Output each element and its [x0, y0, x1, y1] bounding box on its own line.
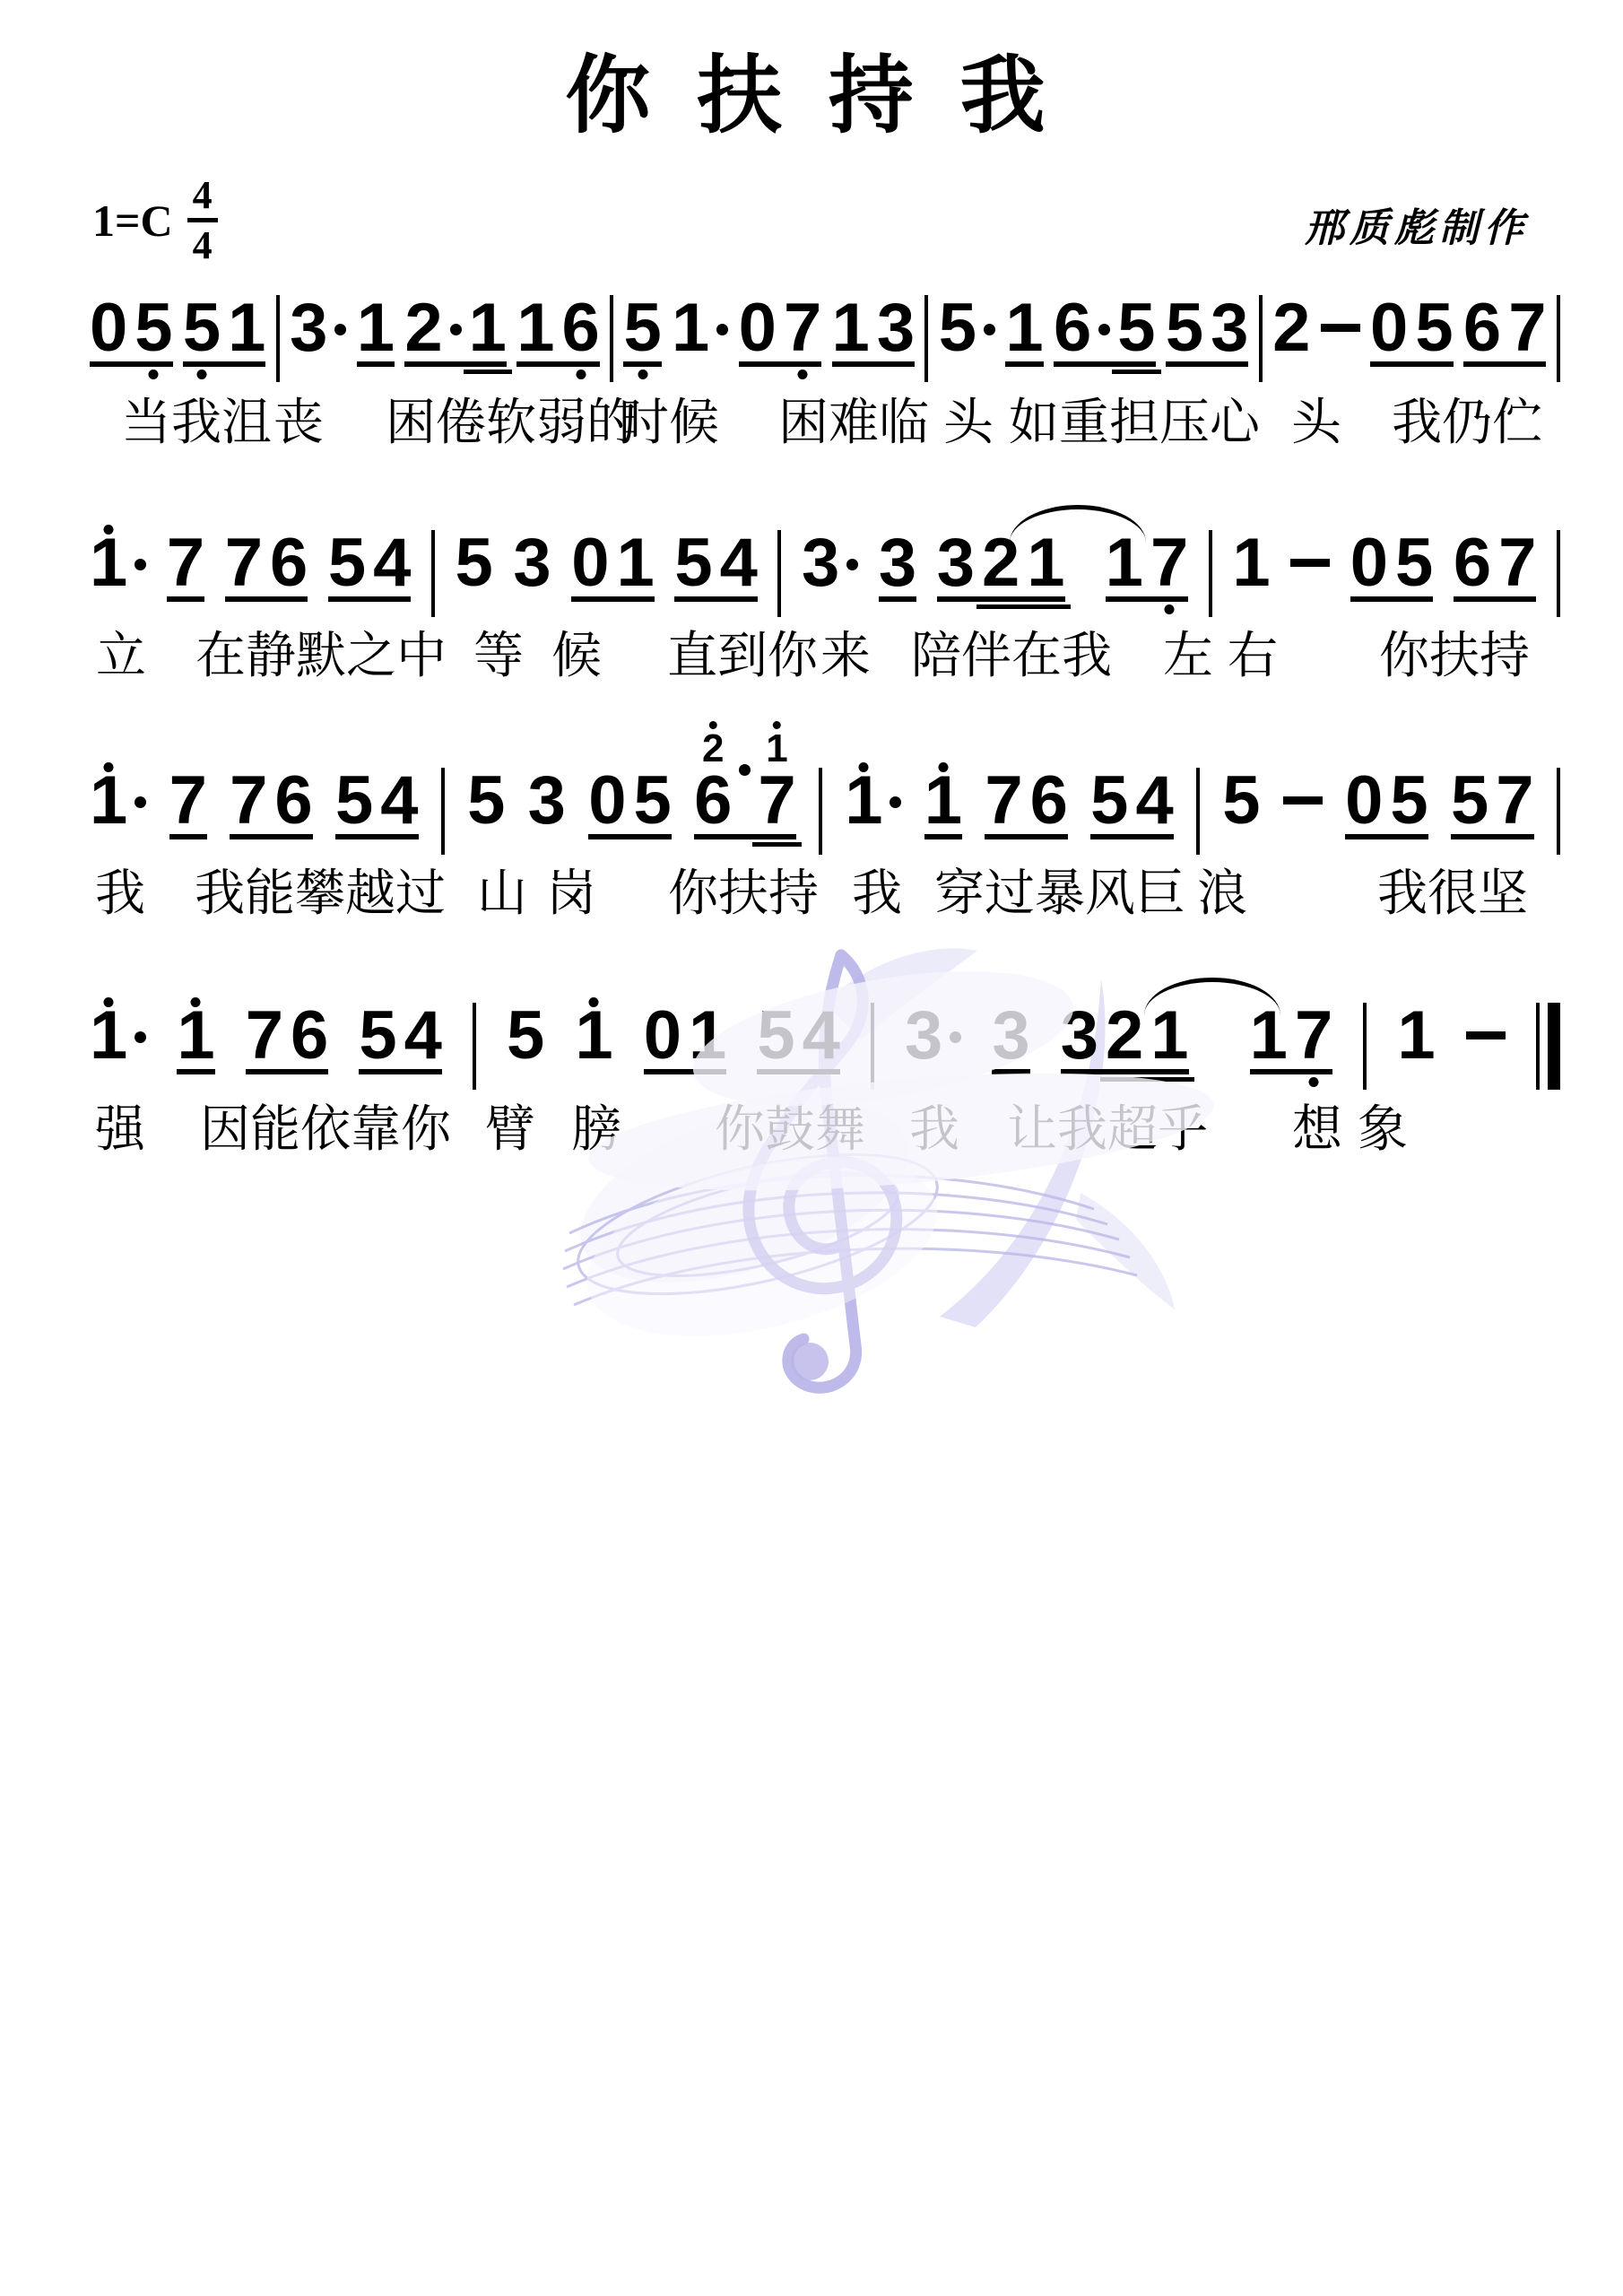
time-signature-numerator: 4 [187, 176, 218, 218]
note-group: 5 [1222, 773, 1260, 829]
note-digit: 0 [739, 300, 777, 356]
note: 4 [373, 535, 411, 591]
lyric-segment: 等 [473, 628, 524, 683]
note-digit: 1 [177, 1008, 214, 1064]
note-group: 05 [90, 300, 173, 367]
note-digit: 5 [359, 1008, 396, 1064]
note-group: 7 [169, 773, 207, 839]
key-signature: 1=C 4 4 [92, 176, 218, 265]
note-digit: 7 [167, 535, 204, 591]
sixteenth-underline [1112, 370, 1160, 374]
note-group: 1 [672, 300, 728, 356]
note: 4 [380, 773, 418, 829]
note: 1 [672, 300, 709, 356]
note: 5 [1451, 773, 1488, 829]
note: 3 [528, 773, 566, 829]
barline [819, 768, 822, 855]
note: 5 [623, 300, 661, 356]
note-group: 1 [575, 1008, 612, 1064]
rhythm-dot [739, 764, 751, 776]
note-digit: 7 [1498, 535, 1536, 591]
note-group: 13 [832, 300, 916, 367]
note-group: 54 [757, 1008, 840, 1074]
sixteenth-underline [1021, 604, 1070, 609]
note-digit: 6 [270, 535, 308, 591]
note: 3 [879, 535, 916, 591]
half-note-dash [1466, 1031, 1506, 1039]
note-digit: 0 [1345, 773, 1383, 829]
note: 1 [516, 300, 554, 356]
lyrics-line-2: 立在静默之中等候直到你来陪伴在我左右你扶持 [0, 628, 1623, 683]
note: 71 [758, 773, 795, 829]
note: 5 [939, 300, 976, 356]
time-signature: 4 4 [187, 176, 218, 265]
note: 0 [1350, 535, 1388, 591]
note-group: 07 [739, 300, 822, 367]
note: 1 [177, 1008, 214, 1064]
barline [871, 1003, 874, 1090]
note-digit: 0 [571, 535, 609, 591]
note-group: 05 [1345, 773, 1428, 839]
note-group: 5 [623, 300, 661, 367]
note-group: 54 [335, 773, 419, 839]
note-digit: 2 [1272, 300, 1310, 356]
rhythm-dot [716, 324, 728, 335]
lyric-segment: 岗 [546, 865, 596, 921]
note-group: 21 [404, 300, 507, 367]
note-digit: 1 [1232, 535, 1270, 591]
lyric-segment: 左 [1163, 628, 1213, 683]
barline [441, 768, 445, 855]
note-group: 5 [507, 1008, 544, 1064]
barline [924, 295, 928, 382]
note: 3 [1061, 1008, 1098, 1064]
note-digit: 4 [720, 535, 758, 591]
note: 6 [1030, 773, 1068, 829]
note-digit: 3 [802, 535, 839, 591]
note-group: 65 [1054, 300, 1156, 367]
barline [1363, 1003, 1367, 1090]
note: 1 [357, 300, 395, 356]
note: 1 [90, 1008, 127, 1064]
note: 7 [1508, 300, 1546, 356]
note-digit: 7 [1150, 535, 1188, 591]
note-digit: 4 [373, 535, 411, 591]
note-digit: 5 [939, 300, 976, 356]
note-group: 76 [985, 773, 1068, 839]
note: 0 [1370, 300, 1408, 356]
lyric-segment: 丧 [273, 395, 324, 450]
note-digit: 6 [1454, 535, 1491, 591]
note-group: 5 [467, 773, 505, 829]
note: 1 [90, 773, 127, 829]
note-digit: 5 [183, 300, 221, 356]
note: 5 [1166, 300, 1203, 356]
sixteenth-underline [976, 604, 1025, 609]
note: 5 [1395, 535, 1433, 591]
final-barline-thin [1536, 1003, 1540, 1090]
note-group: 05 [588, 773, 672, 839]
note: 6 [1463, 300, 1501, 356]
octave-dot-low [1165, 604, 1175, 614]
note: 5 [1222, 773, 1260, 829]
note-group: 3 [879, 535, 916, 602]
note-group: 5 [456, 535, 493, 591]
note: 3 [992, 1008, 1029, 1064]
note-digit: 5 [335, 773, 373, 829]
note: 0 [588, 773, 626, 829]
sixteenth-underline [1145, 1077, 1193, 1082]
lyrics-line-3: 我我能攀越过山岗你扶持我穿过暴风巨浪我很坚 [0, 865, 1623, 921]
note: 1 [1106, 535, 1143, 591]
note: 62 [694, 773, 732, 829]
lyric-segment: 想 [1292, 1101, 1342, 1157]
note-group: 53 [1166, 300, 1249, 367]
note-group: 3 [905, 1008, 961, 1064]
note-digit: 4 [803, 1008, 840, 1064]
note-digit: 3 [528, 773, 566, 829]
note-digit: 1 [924, 773, 962, 829]
note: 0 [644, 1008, 681, 1064]
note: 5 [359, 1008, 396, 1064]
note: 7 [1150, 535, 1188, 591]
note-digit: 6 [291, 1008, 328, 1064]
note-digit: 1 [1250, 1008, 1288, 1064]
note: 5 [456, 535, 493, 591]
note-digit: 0 [644, 1008, 681, 1064]
lyric-segment: 你扶持 [668, 865, 819, 921]
octave-dot-high [104, 762, 114, 772]
lyric-segment: 臂 [485, 1101, 535, 1157]
arranger-credit: 邢质彪制作 [1305, 196, 1529, 253]
rhythm-dot [135, 1031, 146, 1043]
note: 3 [513, 535, 551, 591]
rhythm-dot [950, 1031, 961, 1043]
octave-dot-low [638, 370, 647, 379]
lyric-segment: 我 [852, 865, 902, 921]
lyric-segment: 我 [95, 865, 145, 921]
note: 6 [274, 773, 312, 829]
note-group: 01 [571, 535, 655, 602]
barline [1557, 530, 1560, 617]
note-group: 54 [328, 535, 412, 602]
note-group: 17 [1250, 1008, 1333, 1074]
note-digit: 3 [513, 535, 551, 591]
note-group: 1 [90, 535, 146, 591]
note: 7 [246, 1008, 283, 1064]
note-digit: 5 [135, 300, 172, 356]
harmony-digit: 1 [766, 732, 787, 766]
note: 5 [135, 300, 172, 356]
note-digit: 3 [905, 1008, 942, 1064]
note: 5 [507, 1008, 544, 1064]
note: 0 [571, 535, 609, 591]
note-digit: 5 [328, 535, 366, 591]
note: 1 [1250, 1008, 1288, 1064]
note-digit: 1 [1106, 535, 1143, 591]
note: 7 [225, 535, 263, 591]
note: 5 [467, 773, 505, 829]
note-digit: 7 [985, 773, 1022, 829]
note-digit: 1 [689, 1008, 726, 1064]
rhythm-dot [846, 559, 858, 570]
note: 0 [739, 300, 777, 356]
barline [1209, 530, 1212, 617]
note: 1 [689, 1008, 726, 1064]
note-group: 3 [513, 535, 551, 591]
note: 5 [1390, 773, 1428, 829]
note-digit: 4 [404, 1008, 442, 1064]
lyric-segment: 在静默之中 [195, 628, 447, 683]
lyric-segment: 你鼓舞 [715, 1101, 865, 1157]
note-digit: 1 [832, 300, 870, 356]
note-group: 1 [177, 1008, 214, 1074]
lyric-segment: 我仍伫 [1392, 395, 1542, 450]
note-digit: 5 [1222, 773, 1260, 829]
lyric-segment: 如重担压心 [1009, 395, 1260, 450]
lyric-segment: 穿过暴风巨 [934, 865, 1185, 921]
note: 2 [1272, 300, 1310, 356]
octave-dot-high [104, 997, 114, 1007]
note-digit: 5 [456, 535, 493, 591]
note-digit: 1 [672, 300, 709, 356]
note: 1 [845, 773, 882, 829]
note-digit: 7 [1295, 1008, 1332, 1064]
lyric-segment: 困倦软弱的 [386, 395, 637, 450]
octave-dot-high [938, 762, 948, 772]
note-group: 3 [802, 535, 858, 591]
rhythm-dot [135, 559, 146, 570]
note-digit: 7 [758, 773, 795, 829]
note-group: 5 [939, 300, 995, 356]
note-group: 3 [992, 1008, 1029, 1074]
lyric-segment: 右 [1228, 628, 1278, 683]
octave-dot-low [576, 370, 586, 379]
final-barline [1536, 1003, 1560, 1090]
barline [276, 295, 280, 382]
octave-dot-low [197, 370, 207, 379]
note: 1 [924, 773, 962, 829]
note-digit: 5 [623, 300, 661, 356]
lyric-segment: 你扶持 [1379, 628, 1530, 683]
octave-dot-high [104, 525, 114, 535]
note-group: 6271 [694, 773, 796, 839]
note-digit: 1 [90, 1008, 127, 1064]
note-digit: 5 [1415, 300, 1453, 356]
note-group: 1 [924, 773, 962, 839]
note-digit: 5 [1117, 300, 1155, 356]
sheet-page: 你 扶 持 我 1=C 4 4 邢质彪制作 0551312 [0, 0, 1623, 2296]
note-digit: 5 [757, 1008, 794, 1064]
note-digit: 7 [169, 773, 207, 829]
note-group: 76 [225, 535, 308, 602]
note-group: 76 [230, 773, 313, 839]
note-digit: 6 [1054, 300, 1091, 356]
harmony-note: 2 [702, 721, 724, 766]
note: 5 [328, 535, 366, 591]
note-digit: 1 [90, 535, 127, 591]
note: 5 [757, 1008, 794, 1064]
octave-dot-low [1309, 1077, 1319, 1087]
octave-dot-high [859, 762, 869, 772]
note: 7 [1496, 773, 1533, 829]
song-title: 你 扶 持 我 [0, 49, 1623, 143]
note-digit: 1 [1005, 300, 1043, 356]
note-group: 16 [516, 300, 600, 367]
note: 4 [720, 535, 758, 591]
note-digit: 3 [937, 535, 975, 591]
note: 3 [290, 300, 327, 356]
key-label: 1=C [92, 198, 173, 243]
lyric-segment: 时候 [619, 395, 719, 450]
note: 1 [616, 535, 654, 591]
note-digit: 4 [1135, 773, 1173, 829]
note-digit: 3 [290, 300, 327, 356]
note-group: 3 [528, 773, 566, 829]
note-digit: 5 [1395, 535, 1433, 591]
note: 6 [1454, 535, 1491, 591]
note: 5 [634, 773, 672, 829]
barline [473, 1003, 476, 1090]
note-group: 2 [1272, 300, 1310, 356]
note-digit: 7 [246, 1008, 283, 1064]
note-digit: 1 [575, 1008, 612, 1064]
note-group: 05 [1350, 535, 1434, 602]
barline [1557, 768, 1560, 855]
note-group: 76 [246, 1008, 329, 1074]
lyric-segment: 让我超乎 [1007, 1101, 1208, 1157]
note: 4 [1135, 773, 1173, 829]
note: 5 [1415, 300, 1453, 356]
note: 7 [169, 773, 207, 829]
note-digit: 5 [467, 773, 505, 829]
lyric-segment: 膀 [571, 1101, 621, 1157]
note: 5 [183, 300, 221, 356]
note-digit: 1 [357, 300, 395, 356]
note-group: 67 [1454, 535, 1537, 602]
harmony-note: 1 [766, 721, 787, 766]
note: 1 [228, 300, 265, 356]
note-digit: 1 [1397, 1008, 1435, 1064]
note: 6 [270, 535, 308, 591]
harmony-digit: 2 [702, 732, 724, 766]
note-group: 1 [357, 300, 395, 367]
lyric-segment: 山 [477, 865, 527, 921]
note-digit: 5 [1451, 773, 1488, 829]
note: 5 [1090, 773, 1128, 829]
barline [1196, 768, 1200, 855]
rhythm-dot [890, 796, 901, 808]
barline [1259, 295, 1263, 382]
note-digit: 0 [588, 773, 626, 829]
note-digit: 1 [516, 300, 554, 356]
music-line-1: 055131211651071351655320567 [90, 300, 1560, 367]
barline [431, 530, 435, 617]
note: 5 [335, 773, 373, 829]
note-group: 1 [1005, 300, 1043, 367]
note-digit: 6 [1463, 300, 1501, 356]
note-group: 17 [1106, 535, 1189, 602]
lyrics-line-4: 强因能依靠你臂膀你鼓舞我让我超乎想象 [0, 1101, 1623, 1157]
octave-dot-high [589, 997, 599, 1007]
lyric-segment: 陪伴在我 [911, 628, 1112, 683]
lyric-segment: 头 [943, 395, 994, 450]
barline [777, 530, 781, 617]
note-group: 1 [90, 773, 146, 829]
lyric-segment: 我 [909, 1101, 959, 1157]
half-note-dash [1290, 559, 1330, 567]
note-digit: 5 [674, 535, 712, 591]
note-digit: 3 [1061, 1008, 1098, 1064]
half-note-dash [1321, 324, 1360, 332]
note-group: 67 [1463, 300, 1547, 367]
note-digit: 3 [879, 535, 916, 591]
note-digit: 7 [225, 535, 263, 591]
note: 0 [1345, 773, 1383, 829]
rhythm-dot [450, 324, 462, 335]
note-digit: 3 [992, 1008, 1029, 1064]
note: 2 [1106, 1008, 1143, 1064]
note: 1 [1232, 535, 1270, 591]
note-group: 57 [1451, 773, 1534, 839]
note-digit: 1 [90, 773, 127, 829]
note-digit: 1 [469, 300, 507, 356]
rhythm-dot [984, 324, 995, 335]
note: 0 [90, 300, 127, 356]
note-digit: 5 [1090, 773, 1128, 829]
note: 1 [469, 300, 507, 356]
note-digit: 7 [1496, 773, 1533, 829]
lyric-segment: 浪 [1197, 865, 1247, 921]
final-barline-thick [1548, 1003, 1560, 1090]
note-group: 1 [845, 773, 901, 829]
music-line-3: 1776545305627111765450557 [90, 773, 1560, 839]
sixteenth-underline [464, 370, 512, 374]
note: 1 [832, 300, 870, 356]
note-digit: 2 [404, 300, 442, 356]
rhythm-dot [334, 324, 346, 335]
time-signature-denominator: 4 [187, 218, 218, 265]
note: 6 [562, 300, 600, 356]
lyrics-line-1: 当我沮丧困倦软弱的时候困难临头如重担压心头我仍伫 [0, 395, 1623, 450]
note-digit: 5 [634, 773, 672, 829]
lyric-segment: 困难临 [778, 395, 929, 450]
note-group: 1 [1397, 1008, 1435, 1064]
note-digit: 1 [845, 773, 882, 829]
lyric-segment: 象 [1358, 1101, 1408, 1157]
note-group: 01 [644, 1008, 727, 1074]
lyric-segment: 我能攀越过 [195, 865, 446, 921]
lyric-segment: 当我沮 [121, 395, 272, 450]
note-group: 7 [167, 535, 204, 602]
lyric-segment: 候 [551, 628, 602, 683]
note: 1 [1397, 1008, 1435, 1064]
note: 1 [1005, 300, 1043, 356]
note-group: 05 [1370, 300, 1454, 367]
lyric-segment: 头 [1291, 395, 1341, 450]
note: 7 [784, 300, 821, 356]
note-digit: 0 [1370, 300, 1408, 356]
note: 7 [230, 773, 267, 829]
note-digit: 7 [230, 773, 267, 829]
note-digit: 1 [616, 535, 654, 591]
rhythm-dot [135, 796, 146, 808]
note: 3 [877, 300, 915, 356]
note-digit: 7 [1508, 300, 1546, 356]
lyric-segment: 来 [820, 628, 871, 683]
note: 3 [802, 535, 839, 591]
note-digit: 5 [507, 1008, 544, 1064]
